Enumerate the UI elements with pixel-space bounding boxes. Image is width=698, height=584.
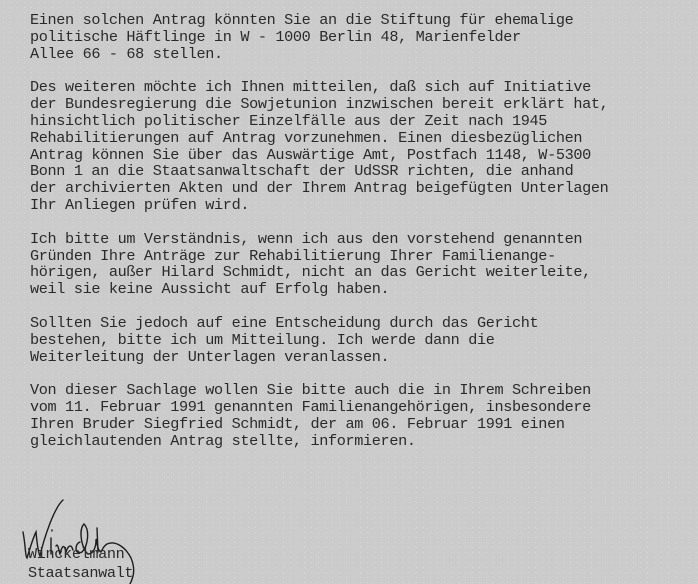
text-line: Ihren Bruder Siegfried Schmidt, der am 0… xyxy=(30,416,698,433)
text-line: Rehabilitierungen auf Antrag vorzunehmen… xyxy=(30,130,698,147)
text-line: Des weiteren möchte ich Ihnen mitteilen,… xyxy=(30,79,698,96)
text-line: hinsichtlich politischer Einzelfälle aus… xyxy=(30,113,698,130)
paragraph-foundation: Einen solchen Antrag könnten Sie an die … xyxy=(30,12,698,62)
paragraph-inform-family: Von dieser Sachlage wollen Sie bitte auc… xyxy=(30,382,698,449)
text-line: vom 11. Februar 1991 genannten Familiena… xyxy=(30,399,698,416)
text-line: Antrag können Sie über das Auswärtige Am… xyxy=(30,147,698,164)
text-line: Von dieser Sachlage wollen Sie bitte auc… xyxy=(30,382,698,399)
text-line: Weiterleitung der Unterlagen veranlassen… xyxy=(30,349,698,366)
text-line: der Bundesregierung die Sowjetunion inzw… xyxy=(30,96,698,113)
text-line: der archivierten Akten und der Ihrem Ant… xyxy=(30,180,698,197)
signature-block: Winckelmann Staatsanwalt xyxy=(28,545,133,583)
text-line: Ihr Anliegen prüfen wird. xyxy=(30,197,698,214)
paragraph-court-decision: Sollten Sie jedoch auf eine Entscheidung… xyxy=(30,315,698,365)
text-line: gleichlautenden Antrag stellte, informie… xyxy=(30,433,698,450)
text-line: politische Häftlinge in W - 1000 Berlin … xyxy=(30,29,698,46)
paragraph-understanding: Ich bitte um Verständnis, wenn ich aus d… xyxy=(30,231,698,298)
text-line: Sollten Sie jedoch auf eine Entscheidung… xyxy=(30,315,698,332)
text-line: Ich bitte um Verständnis, wenn ich aus d… xyxy=(30,231,698,248)
text-line: hörigen, außer Hilard Schmidt, nicht an … xyxy=(30,264,698,281)
signatory-title: Staatsanwalt xyxy=(28,564,133,583)
signatory-name: Winckelmann xyxy=(28,545,133,564)
text-line: Allee 66 - 68 stellen. xyxy=(30,46,698,63)
text-line: Gründen Ihre Anträge zur Rehabilitierung… xyxy=(30,248,698,265)
letter-body: Einen solchen Antrag könnten Sie an die … xyxy=(30,12,698,467)
text-line: Einen solchen Antrag könnten Sie an die … xyxy=(30,12,698,29)
text-line: Bonn 1 an die Staatsanwaltschaft der UdS… xyxy=(30,163,698,180)
text-line: weil sie keine Aussicht auf Erfolg haben… xyxy=(30,281,698,298)
paragraph-soviet-rehabilitation: Des weiteren möchte ich Ihnen mitteilen,… xyxy=(30,79,698,213)
text-line: bestehen, bitte ich um Mitteilung. Ich w… xyxy=(30,332,698,349)
